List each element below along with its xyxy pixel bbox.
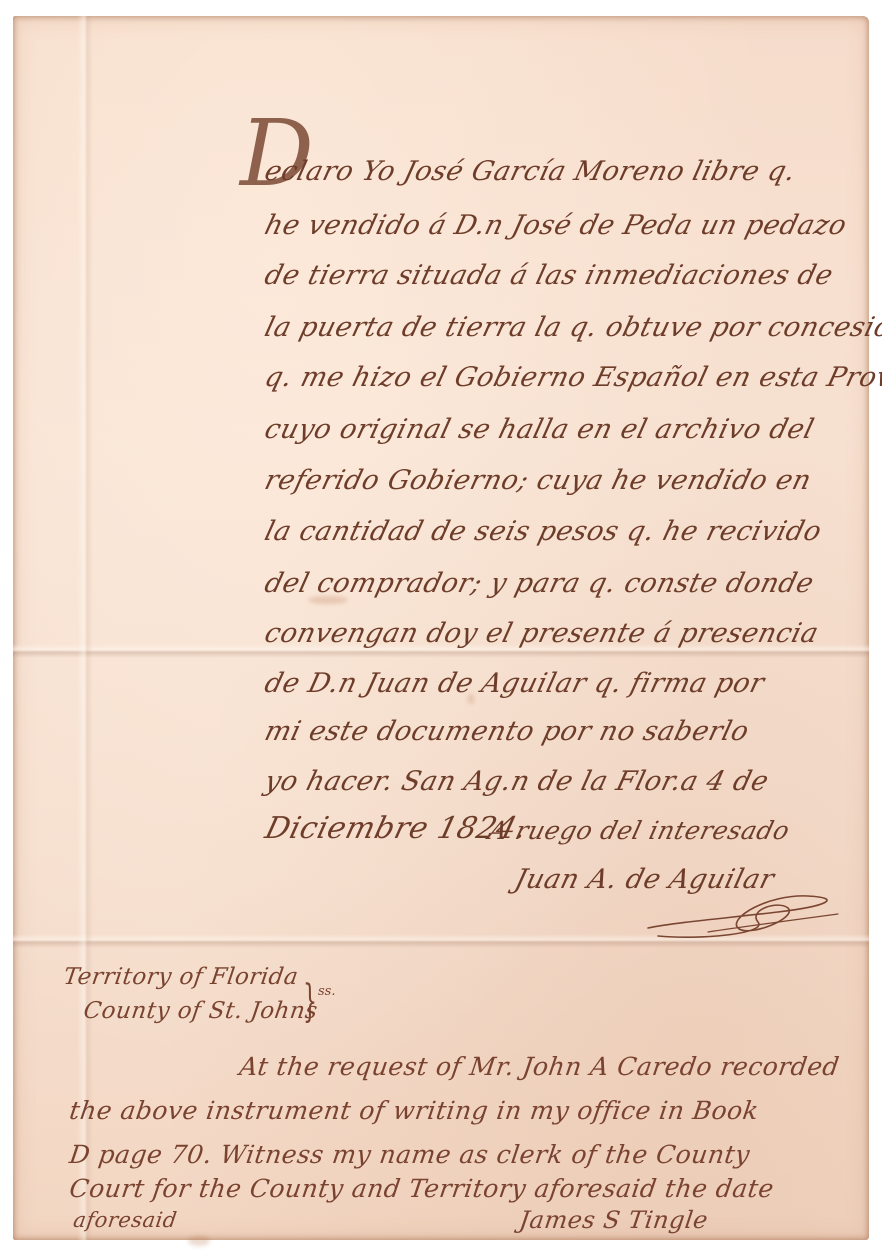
declaration-line-10: convengan doy el presente á presencia bbox=[262, 620, 821, 647]
certificate-body-line-5: aforesaid bbox=[72, 1210, 178, 1231]
declaration-line-11: de D.n Juan de Aguilar q. firma por bbox=[262, 670, 767, 697]
declaration-line-1: eclaro Yo José García Moreno libre q. bbox=[262, 158, 799, 185]
vertical-fold-crease bbox=[77, 16, 93, 1240]
decorative-initial-letter: D bbox=[240, 100, 314, 207]
certificate-body-line-3: D page 70. Witness my name as clerk of t… bbox=[68, 1142, 752, 1167]
certificate-body-line-1: At the request of Mr. John A Caredo reco… bbox=[238, 1054, 841, 1079]
brace-icon: } bbox=[303, 976, 317, 1027]
certificate-heading-territory: Territory of Florida bbox=[62, 966, 300, 989]
declaration-line-5: q. me hizo el Gobierno Español en esta P… bbox=[262, 364, 882, 391]
declaration-line-7: referido Gobierno; cuya he vendido en bbox=[262, 467, 814, 494]
signature-flourish-icon bbox=[638, 888, 850, 948]
declaration-line-3: de tierra situada á las inmediaciones de bbox=[262, 262, 836, 289]
scilicet-mark: ss. bbox=[318, 984, 335, 999]
witness-request-line: A ruego del interesado bbox=[486, 818, 792, 843]
declaration-line-2: he vendido á D.n José de Peda un pedazo bbox=[262, 212, 849, 239]
paper-stain bbox=[188, 1236, 210, 1246]
clerk-signature: James S Tingle bbox=[518, 1208, 710, 1232]
certificate-body-line-4: Court for the County and Territory afore… bbox=[68, 1176, 776, 1201]
declaration-line-9: del comprador; y para q. conste donde bbox=[262, 570, 817, 597]
certificate-heading-county: County of St. Johns bbox=[82, 1000, 319, 1023]
declaration-line-8: la cantidad de seis pesos q. he recivido bbox=[262, 518, 824, 545]
certificate-body-line-2: the above instrument of writing in my of… bbox=[68, 1098, 760, 1123]
declaration-line-4: la puerta de tierra la q. obtuve por con… bbox=[262, 314, 882, 341]
declaration-line-13: yo hacer. San Ag.n de la Flor.a 4 de bbox=[262, 768, 771, 795]
declaration-line-12: mi este documento por no saberlo bbox=[262, 718, 752, 745]
declaration-line-6: cuyo original se halla en el archivo del bbox=[262, 416, 817, 443]
